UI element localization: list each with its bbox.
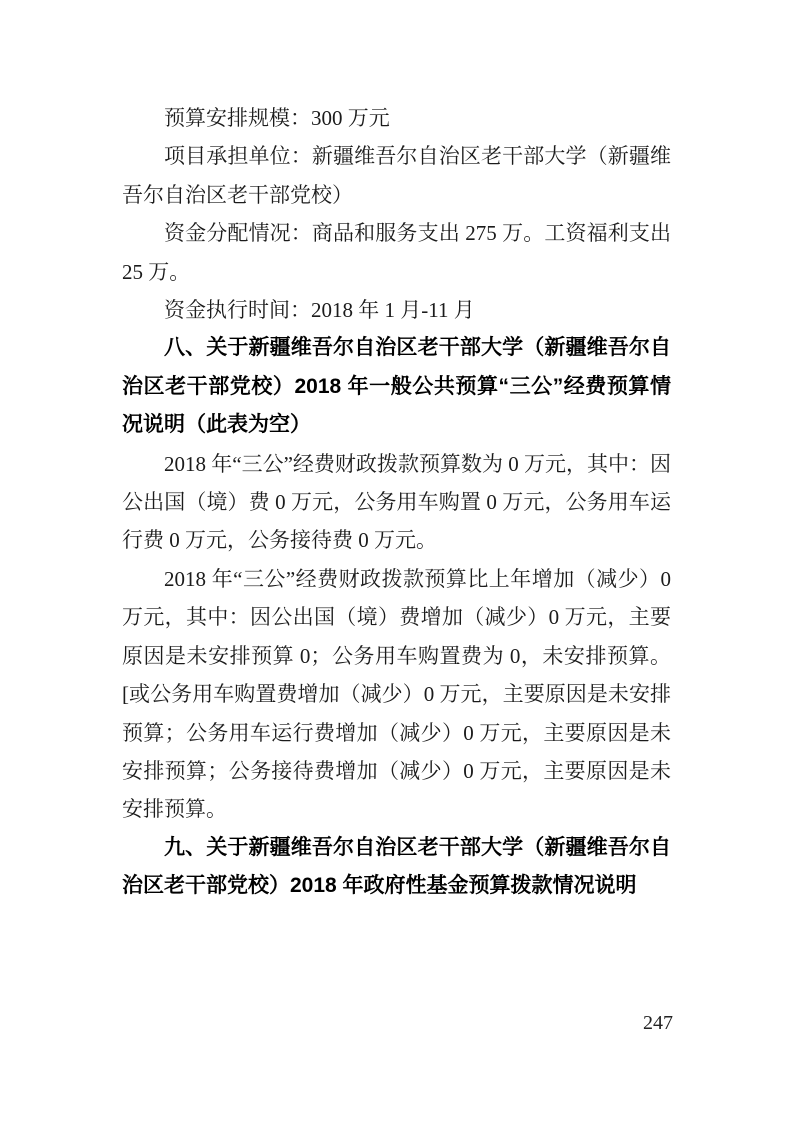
paragraph-three-public-change: 2018 年“三公”经费财政拨款预算比上年增加（减少）0 万元，其中：因公出国（… xyxy=(122,560,671,829)
page-number: 247 xyxy=(640,1012,676,1035)
paragraph-budget-scale: 预算安排规模：300 万元 xyxy=(122,99,671,137)
paragraph-three-public-budget: 2018 年“三公”经费财政拨款预算数为 0 万元，其中：因公出国（境）费 0 … xyxy=(122,445,671,560)
paragraph-undertaking-unit: 项目承担单位：新疆维吾尔自治区老干部大学（新疆维吾尔自治区老干部党校） xyxy=(122,137,671,214)
document-page: 预算安排规模：300 万元 项目承担单位：新疆维吾尔自治区老干部大学（新疆维吾尔… xyxy=(0,0,793,1122)
document-content: 预算安排规模：300 万元 项目承担单位：新疆维吾尔自治区老干部大学（新疆维吾尔… xyxy=(122,99,671,906)
paragraph-fund-allocation: 资金分配情况：商品和服务支出 275 万。工资福利支出 25 万。 xyxy=(122,214,671,291)
heading-section-eight: 八、关于新疆维吾尔自治区老干部大学（新疆维吾尔自治区老干部党校）2018 年一般… xyxy=(122,329,671,444)
paragraph-fund-execution-time: 资金执行时间：2018 年 1 月-11 月 xyxy=(122,291,671,329)
heading-section-nine: 九、关于新疆维吾尔自治区老干部大学（新疆维吾尔自治区老干部党校）2018 年政府… xyxy=(122,829,671,906)
